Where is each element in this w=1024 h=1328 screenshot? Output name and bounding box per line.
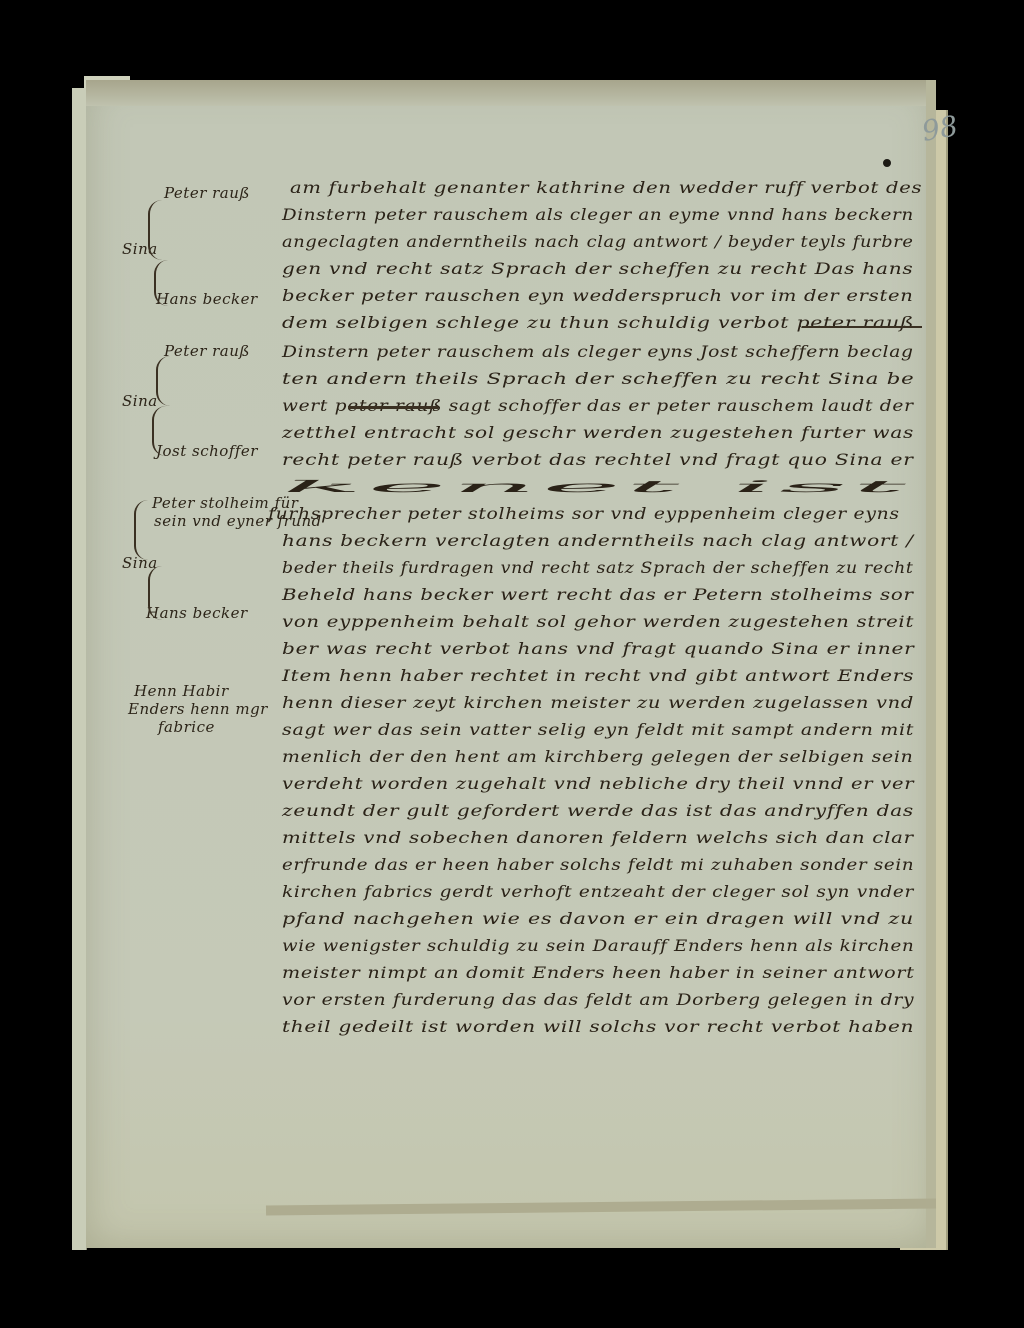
text-line: menlich der den hent am kirchberg gelege… <box>282 747 913 766</box>
text-line: angeclagten anderntheils nach clag antwo… <box>282 232 914 251</box>
text-line: gen vnd recht satz Sprach der scheffen z… <box>282 259 913 278</box>
text-line: von eyppenheim behalt sol gehor werden z… <box>282 612 914 631</box>
text-line: Dinstern peter rauschem als cleger an ey… <box>282 205 914 224</box>
text-line: zeundt der gult gefordert werde das ist … <box>282 801 914 820</box>
margin-brace <box>134 500 150 560</box>
margin-brace <box>156 356 172 406</box>
section-rule <box>802 326 922 328</box>
text-line: zetthel entracht sol geschr werden zuges… <box>282 423 914 442</box>
margin-brace <box>148 566 164 620</box>
text-line: recht peter rauß verbot das rechtel vnd … <box>282 450 914 469</box>
text-line: verdeht worden zugehalt vnd nebliche dry… <box>282 774 914 793</box>
text-line: pfand nachgehen wie es davon er ein drag… <box>282 909 914 928</box>
margin-brace <box>154 260 170 306</box>
text-line: ber was recht verbot hans vnd fragt quan… <box>282 639 915 658</box>
margin-note: Peter rauß <box>164 184 250 202</box>
text-line: wie wenigster schuldig zu sein Darauff E… <box>282 936 914 955</box>
scan-viewer: 98 Peter rauß Sina Hans becker Peter rau… <box>0 0 1024 1328</box>
folio-number: 98 <box>919 109 960 148</box>
text-line: Dinstern peter rauschem als cleger eyns … <box>282 342 914 361</box>
page-bottom-fold-band <box>266 1198 936 1215</box>
text-line: vor ersten furderung das das feldt am Do… <box>282 990 914 1009</box>
page-top-worn-edge <box>86 80 936 106</box>
text-line: dem selbigen schlege zu thun schuldig ve… <box>282 313 914 332</box>
text-line: Item henn haber rechtet in recht vnd gib… <box>282 666 914 685</box>
margin-note: fabrice <box>158 718 215 736</box>
text-line: hans beckern verclagten anderntheils nac… <box>282 531 914 550</box>
margin-note: Sina <box>122 392 158 410</box>
margin-brace <box>152 406 168 456</box>
text-line: ten andern theils Sprach der scheffen zu… <box>282 369 914 388</box>
text-line: kenet ist <box>282 477 911 496</box>
margin-note: Henn Habir <box>134 682 229 700</box>
text-line: mittels vnd sobechen danoren feldern wel… <box>282 828 914 847</box>
manuscript-page: 98 Peter rauß Sina Hans becker Peter rau… <box>86 80 936 1248</box>
page-right-edge <box>926 80 936 1248</box>
text-line: erfrunde das er heen haber solchs feldt … <box>282 855 914 874</box>
margin-brace <box>148 200 164 260</box>
text-line: kirchen fabrics gerdt verhoft entzeaht d… <box>282 882 914 901</box>
margin-note: Hans becker <box>156 290 258 308</box>
folio-dot-mark <box>883 159 891 167</box>
text-line: Beheld hans becker wert recht das er Pet… <box>282 585 914 604</box>
text-line: am furbehalt genanter kathrine den wedde… <box>290 178 922 197</box>
text-line: becker peter rauschen eyn wedderspruch v… <box>282 286 914 305</box>
margin-note: Peter rauß <box>164 342 250 360</box>
text-line: theil gedeilt ist worden will solchs vor… <box>282 1017 914 1036</box>
strikethrough-mark <box>348 406 438 409</box>
text-line: furhsprecher peter stolheims sor vnd eyp… <box>268 504 900 523</box>
binding-gutter-strip <box>72 88 87 1250</box>
text-line: meister nimpt an domit Enders heen haber… <box>282 963 915 982</box>
margin-note: Jost schoffer <box>156 442 258 460</box>
text-line: sagt wer das sein vatter selig eyn feldt… <box>282 720 914 739</box>
margin-note: Enders henn mgr <box>128 700 268 718</box>
text-line: henn dieser zeyt kirchen meister zu werd… <box>282 693 914 712</box>
text-line: beder theils furdragen vnd recht satz Sp… <box>282 558 913 577</box>
